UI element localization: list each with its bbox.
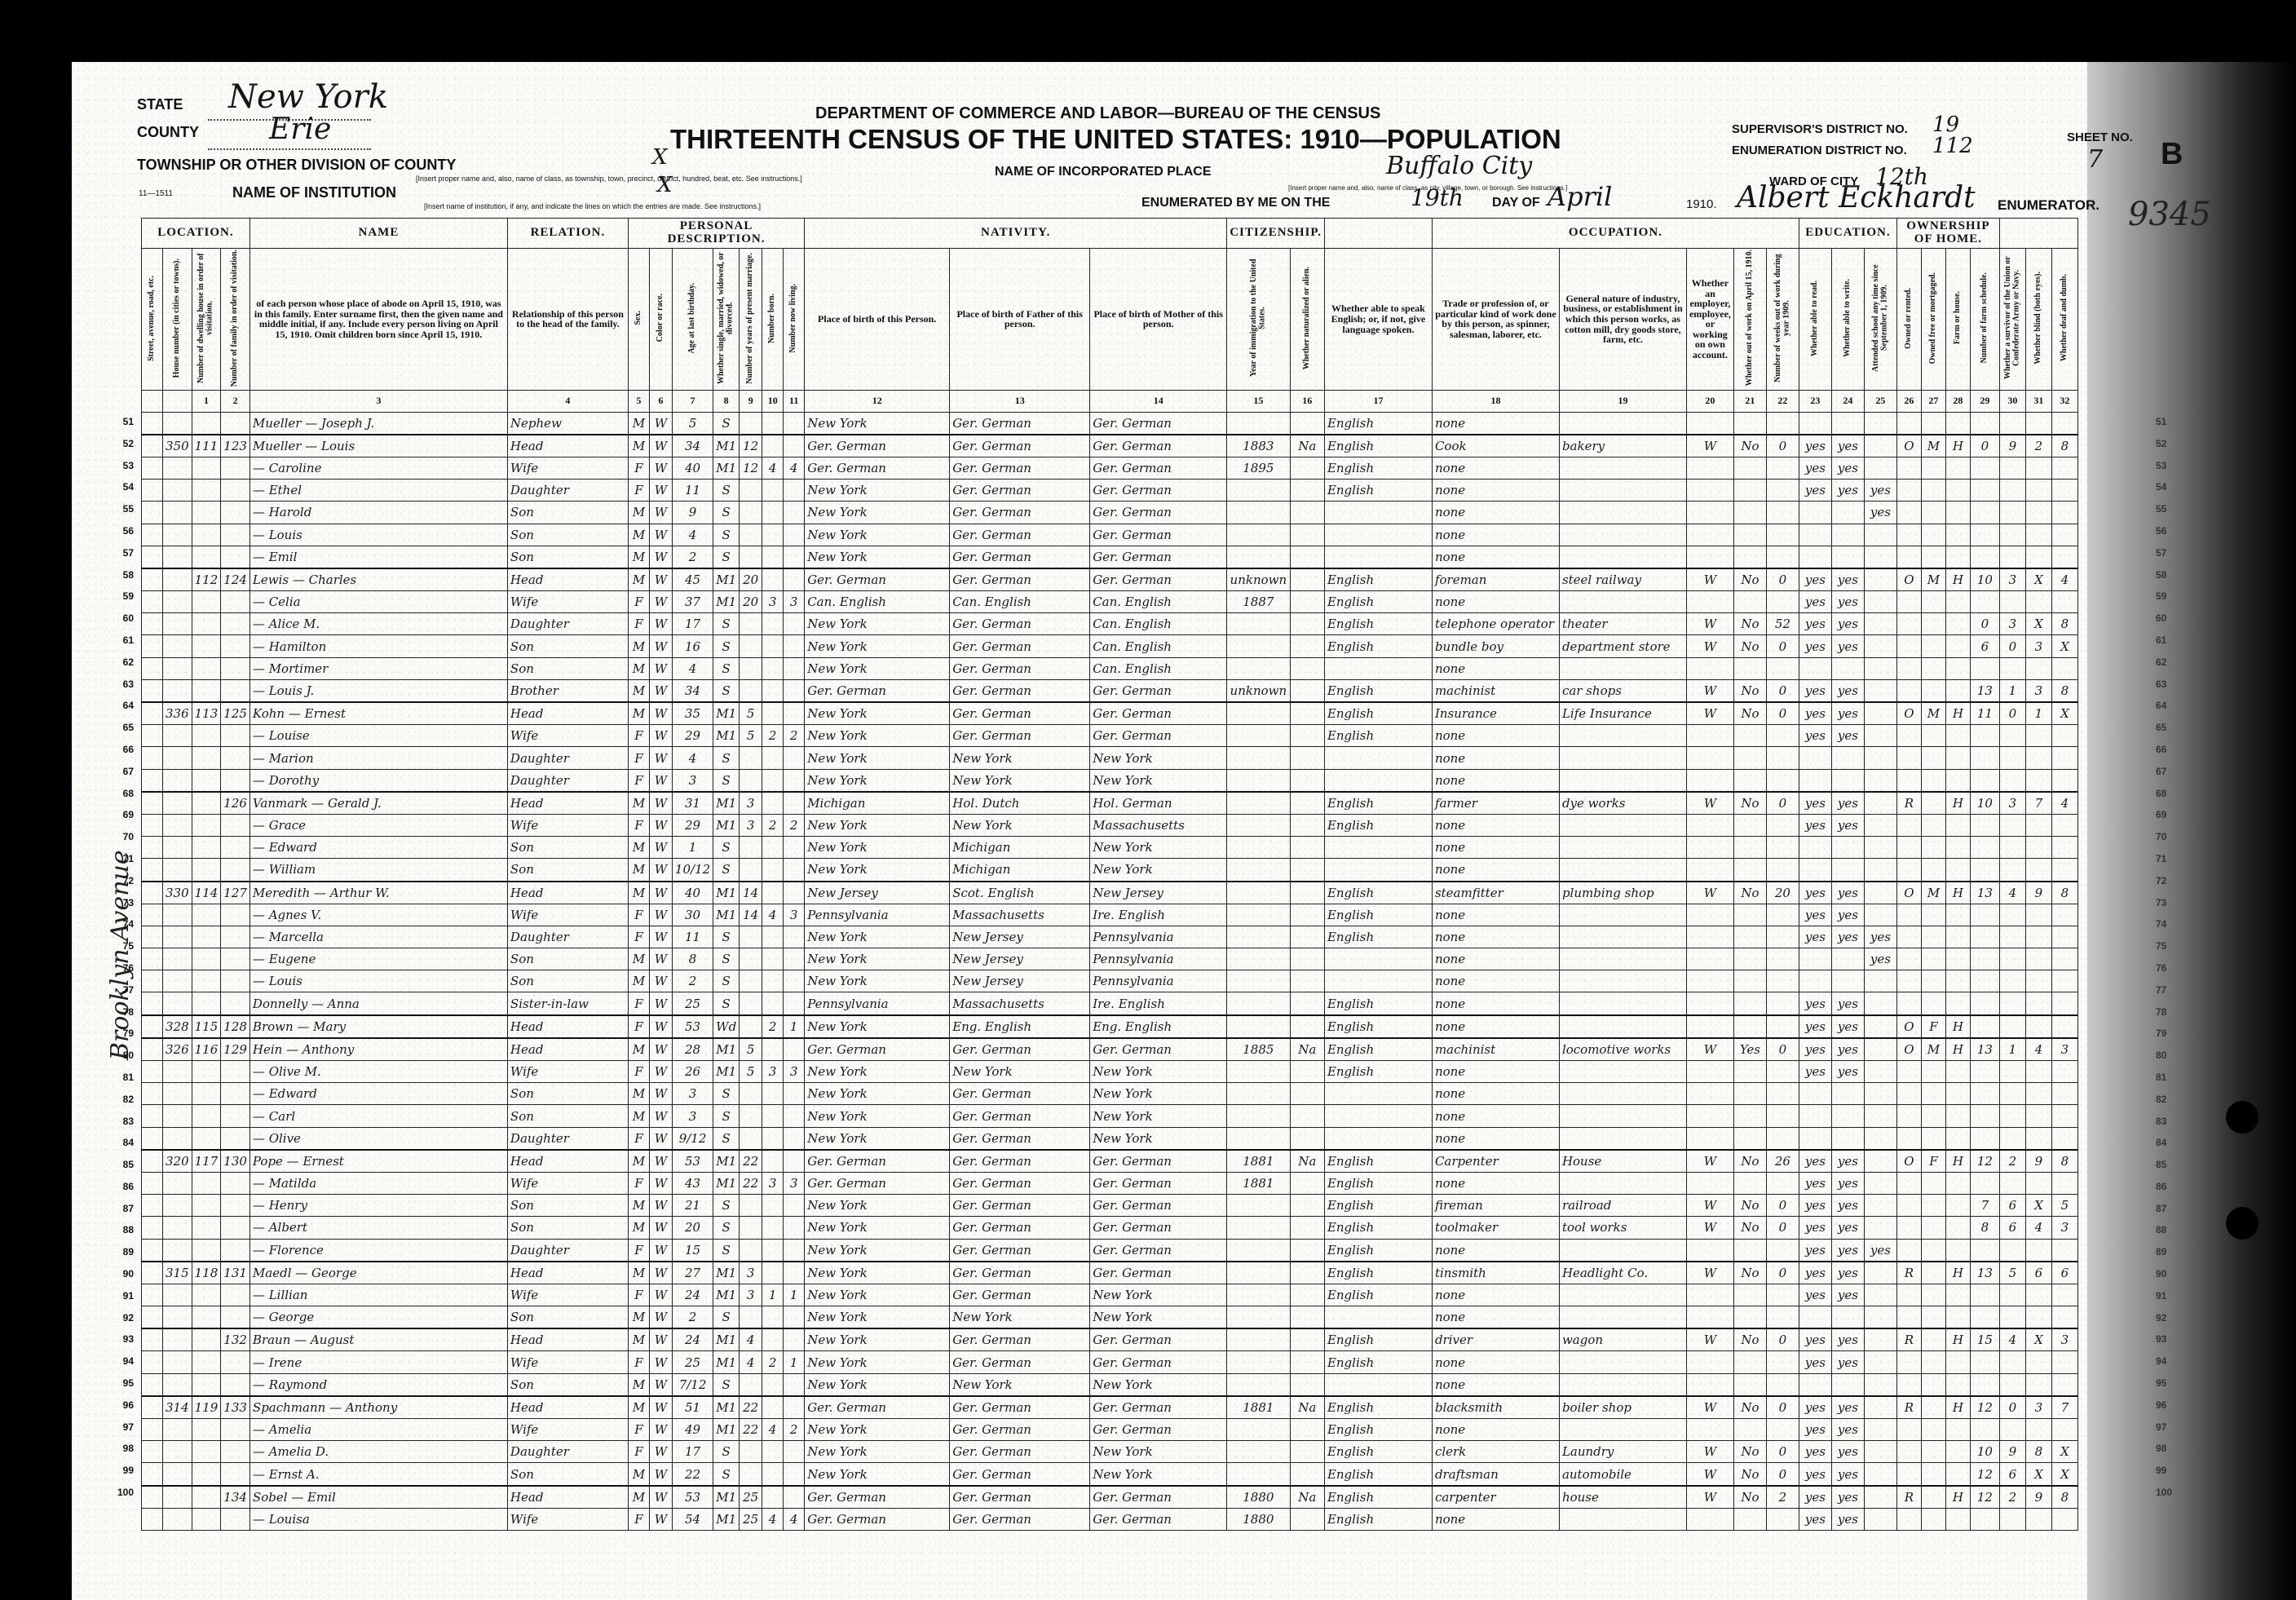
father-birthplace-cell: Ger. German	[950, 1396, 1090, 1419]
age-cell: 30	[672, 904, 713, 926]
mother-birthplace-cell: Ger. German	[1090, 1396, 1227, 1419]
marital-cell: S	[713, 948, 740, 970]
school-cell	[1864, 1015, 1896, 1038]
veteran-cell: 6	[1999, 1217, 2025, 1239]
out-of-work-cell: No	[1733, 1150, 1766, 1173]
incorporated-place-value: Buffalo City	[1386, 152, 1532, 180]
line-number: 69	[2156, 809, 2188, 831]
marital-cell: M1	[713, 882, 740, 904]
sex-cell: M	[628, 882, 649, 904]
birthplace-cell: Pennsylvania	[805, 992, 950, 1015]
blind-cell: 3	[2025, 635, 2051, 657]
enumerator-label: ENUMERATOR.	[1998, 197, 2100, 214]
school-cell	[1864, 435, 1896, 457]
house-number-cell	[163, 792, 192, 815]
farm-house-cell	[1945, 412, 1970, 435]
employer-cell: W	[1686, 882, 1733, 904]
industry-cell	[1559, 1015, 1686, 1038]
birthplace-cell: New York	[805, 1061, 950, 1083]
marital-cell: M1	[713, 591, 740, 613]
veteran-cell	[1999, 457, 2025, 479]
farm-schedule-cell	[1970, 1508, 1999, 1530]
read-cell: yes	[1799, 725, 1831, 747]
father-birthplace-cell: Ger. German	[950, 1351, 1090, 1373]
birthplace-cell: New York	[805, 613, 950, 635]
free-mortgaged-cell	[1921, 1306, 1945, 1329]
father-birthplace-cell: Ger. German	[950, 725, 1090, 747]
father-birthplace-cell: Ger. German	[950, 546, 1090, 568]
veteran-cell: 2	[1999, 1486, 2025, 1509]
deaf-cell: X	[2051, 702, 2077, 725]
birthplace-cell: New York	[805, 837, 950, 859]
dwelling-number-cell	[192, 792, 221, 815]
owned-rented-cell	[1896, 1172, 1921, 1194]
line-number: 52	[2156, 438, 2188, 460]
read-cell: yes	[1799, 1508, 1831, 1530]
relation-cell: Son	[507, 948, 628, 970]
relation-cell: Son	[507, 502, 628, 524]
weeks-out-cell: 0	[1766, 679, 1799, 702]
enumerated-label: ENUMERATED BY ME ON THE	[1141, 196, 1330, 210]
blind-cell	[2025, 992, 2051, 1015]
person-name-cell: — Emil	[249, 546, 507, 568]
weeks-out-cell	[1766, 859, 1799, 882]
weeks-out-cell	[1766, 904, 1799, 926]
trade-cell: none	[1432, 837, 1559, 859]
street-cell	[142, 948, 163, 970]
age-cell: 27	[672, 1262, 713, 1284]
birthplace-cell: New York	[805, 1373, 950, 1396]
race-cell: W	[649, 568, 672, 591]
race-cell: W	[649, 1038, 672, 1061]
line-number: 75	[104, 940, 134, 962]
farm-house-cell	[1945, 1195, 1970, 1217]
employer-cell	[1686, 1284, 1733, 1306]
farm-schedule-cell	[1970, 1172, 1999, 1194]
blind-cell: X	[2025, 613, 2051, 635]
state-label: STATE	[137, 96, 183, 113]
naturalized-cell	[1290, 769, 1324, 792]
immigration-year-cell	[1227, 635, 1290, 657]
blind-cell	[2025, 1508, 2051, 1530]
veteran-cell	[1999, 1373, 2025, 1396]
age-cell: 4	[672, 657, 713, 679]
farm-house-cell: H	[1945, 435, 1970, 457]
birthplace-cell: New York	[805, 859, 950, 882]
veteran-cell: 9	[1999, 435, 2025, 457]
birthplace-cell: New York	[805, 1441, 950, 1463]
trade-cell: draftsman	[1432, 1463, 1559, 1486]
sex-cell: F	[628, 1351, 649, 1373]
birthplace-cell: New York	[805, 948, 950, 970]
free-mortgaged-cell	[1921, 792, 1945, 815]
english-cell: English	[1324, 904, 1432, 926]
industry-cell	[1559, 546, 1686, 568]
weeks-out-cell: 26	[1766, 1150, 1799, 1173]
naturalized-cell	[1290, 1328, 1324, 1351]
naturalized-cell	[1290, 1306, 1324, 1329]
line-number: 73	[104, 897, 134, 919]
owned-rented-cell	[1896, 747, 1921, 769]
table-row: — CarolineWifeFW40M11244Ger. GermanGer. …	[142, 457, 2078, 479]
employer-cell	[1686, 524, 1733, 546]
sex-cell: M	[628, 657, 649, 679]
dwelling-number-cell: 118	[192, 1262, 221, 1284]
weeks-out-cell	[1766, 591, 1799, 613]
trade-cell: none	[1432, 1015, 1559, 1038]
col-owned-rented: Owned or rented.	[1896, 249, 1921, 391]
school-cell: yes	[1864, 948, 1896, 970]
col-write: Whether able to write.	[1831, 249, 1864, 391]
table-row: — EdwardSonMW3SNew YorkGer. GermanNew Yo…	[142, 1083, 2078, 1105]
relation-cell: Daughter	[507, 747, 628, 769]
free-mortgaged-cell	[1921, 480, 1945, 502]
read-cell: yes	[1799, 1351, 1831, 1373]
scan-edge-shadow	[2087, 62, 2296, 1600]
person-name-cell: — Amelia D.	[249, 1441, 507, 1463]
children-born-cell	[762, 1217, 784, 1239]
line-number: 82	[2156, 1094, 2188, 1116]
read-cell: yes	[1799, 435, 1831, 457]
farm-house-cell: H	[1945, 1015, 1970, 1038]
group-education: EDUCATION.	[1799, 219, 1896, 249]
family-number-cell	[221, 457, 250, 479]
house-number-cell	[163, 1195, 192, 1217]
age-cell: 40	[672, 457, 713, 479]
immigration-year-cell	[1227, 948, 1290, 970]
mother-birthplace-cell: Massachusetts	[1090, 814, 1227, 836]
english-cell	[1324, 1373, 1432, 1396]
out-of-work-cell	[1733, 1127, 1766, 1150]
blind-cell: X	[2025, 1463, 2051, 1486]
school-cell	[1864, 457, 1896, 479]
employer-cell	[1686, 591, 1733, 613]
weeks-out-cell: 0	[1766, 568, 1799, 591]
children-living-cell	[784, 1262, 805, 1284]
group-name: NAME	[249, 219, 507, 249]
father-birthplace-cell: Ger. German	[950, 1262, 1090, 1284]
race-cell: W	[649, 747, 672, 769]
race-cell: W	[649, 1486, 672, 1509]
house-number-cell	[163, 1508, 192, 1530]
free-mortgaged-cell	[1921, 1463, 1945, 1486]
col-immigration-year: Year of immigration to the United States…	[1227, 249, 1290, 391]
industry-cell: locomotive works	[1559, 1038, 1686, 1061]
column-number: 12	[805, 390, 950, 412]
father-birthplace-cell: Ger. German	[950, 412, 1090, 435]
naturalized-cell	[1290, 1015, 1324, 1038]
line-number: 96	[104, 1399, 134, 1421]
english-cell	[1324, 657, 1432, 679]
immigration-year-cell: unknown	[1227, 679, 1290, 702]
sex-cell: M	[628, 1306, 649, 1329]
table-row: — EthelDaughterFW11SNew YorkGer. GermanG…	[142, 480, 2078, 502]
naturalized-cell	[1290, 1463, 1324, 1486]
children-living-cell	[784, 859, 805, 882]
birthplace-cell: New York	[805, 725, 950, 747]
race-cell: W	[649, 948, 672, 970]
children-living-cell: 3	[784, 1172, 805, 1194]
free-mortgaged-cell	[1921, 859, 1945, 882]
race-cell: W	[649, 1105, 672, 1127]
free-mortgaged-cell	[1921, 524, 1945, 546]
free-mortgaged-cell	[1921, 1508, 1945, 1530]
line-number: 73	[2156, 897, 2188, 919]
read-cell: yes	[1799, 1061, 1831, 1083]
owned-rented-cell	[1896, 502, 1921, 524]
deaf-cell	[2051, 1306, 2077, 1329]
industry-cell: plumbing shop	[1559, 882, 1686, 904]
farm-schedule-cell	[1970, 546, 1999, 568]
line-number: 60	[2156, 612, 2188, 634]
race-cell: W	[649, 435, 672, 457]
out-of-work-cell	[1733, 1284, 1766, 1306]
street-cell	[142, 837, 163, 859]
trade-cell: none	[1432, 1172, 1559, 1194]
column-number: 7	[672, 390, 713, 412]
relation-cell: Wife	[507, 1061, 628, 1083]
line-number: 92	[2156, 1312, 2188, 1334]
industry-cell	[1559, 1306, 1686, 1329]
farm-schedule-cell: 10	[1970, 1441, 1999, 1463]
read-cell	[1799, 657, 1831, 679]
person-name-cell: — Albert	[249, 1217, 507, 1239]
father-birthplace-cell: Ger. German	[950, 613, 1090, 635]
read-cell	[1799, 970, 1831, 992]
naturalized-cell	[1290, 679, 1324, 702]
english-cell: English	[1324, 992, 1432, 1015]
col-children-born: Number born.	[762, 249, 784, 391]
deaf-cell: X	[2051, 635, 2077, 657]
table-row: — CarlSonMW3SNew YorkGer. GermanNew York…	[142, 1105, 2078, 1127]
col-race: Color or race.	[649, 249, 672, 391]
line-number: 94	[2156, 1355, 2188, 1377]
house-number-cell	[163, 926, 192, 948]
write-cell	[1831, 970, 1864, 992]
out-of-work-cell: No	[1733, 435, 1766, 457]
col-dwelling: Number of dwelling house in order of vis…	[192, 249, 221, 391]
children-born-cell: 1	[762, 1284, 784, 1306]
owned-rented-cell	[1896, 1419, 1921, 1441]
table-row: — AmeliaWifeFW49M12242New YorkGer. Germa…	[142, 1419, 2078, 1441]
read-cell	[1799, 859, 1831, 882]
ward-label: WARD OF CITY	[1769, 175, 1858, 188]
free-mortgaged-cell: M	[1921, 882, 1945, 904]
industry-cell	[1559, 1127, 1686, 1150]
column-number: 32	[2051, 390, 2077, 412]
immigration-year-cell	[1227, 1284, 1290, 1306]
line-number: 58	[2156, 569, 2188, 591]
family-number-cell	[221, 970, 250, 992]
trade-cell: fireman	[1432, 1195, 1559, 1217]
free-mortgaged-cell	[1921, 1105, 1945, 1127]
mother-birthplace-cell: Ger. German	[1090, 1419, 1227, 1441]
relation-cell: Son	[507, 1105, 628, 1127]
person-name-cell: Sobel — Emil	[249, 1486, 507, 1509]
veteran-cell	[1999, 412, 2025, 435]
free-mortgaged-cell	[1921, 412, 1945, 435]
deaf-cell	[2051, 725, 2077, 747]
sex-cell: M	[628, 1396, 649, 1419]
naturalized-cell	[1290, 792, 1324, 815]
farm-schedule-cell	[1970, 769, 1999, 792]
family-number-cell: 124	[221, 568, 250, 591]
birthplace-cell: New York	[805, 1083, 950, 1105]
line-number: 61	[104, 634, 134, 656]
deaf-cell	[2051, 1172, 2077, 1194]
naturalized-cell: Na	[1290, 1396, 1324, 1419]
farm-house-cell	[1945, 546, 1970, 568]
family-number-cell	[221, 1195, 250, 1217]
immigration-year-cell	[1227, 1195, 1290, 1217]
marital-cell: S	[713, 1217, 740, 1239]
naturalized-cell	[1290, 1127, 1324, 1150]
industry-cell: dye works	[1559, 792, 1686, 815]
street-cell	[142, 1441, 163, 1463]
out-of-work-cell: No	[1733, 679, 1766, 702]
street-cell	[142, 1419, 163, 1441]
col-street: Street, avenue, road, etc.	[142, 249, 163, 391]
marital-cell: M1	[713, 568, 740, 591]
write-cell: yes	[1831, 1239, 1864, 1262]
col-blind: Whether blind (both eyes).	[2025, 249, 2051, 391]
naturalized-cell	[1290, 814, 1324, 836]
blind-cell	[2025, 1015, 2051, 1038]
person-name-cell: Donnelly — Anna	[249, 992, 507, 1015]
line-numbers-right: 5152535455565758596061626364656667686970…	[2156, 416, 2188, 1509]
immigration-year-cell	[1227, 792, 1290, 815]
owned-rented-cell	[1896, 970, 1921, 992]
age-cell: 25	[672, 992, 713, 1015]
english-cell: English	[1324, 435, 1432, 457]
out-of-work-cell: No	[1733, 702, 1766, 725]
family-number-cell: 128	[221, 1015, 250, 1038]
street-cell	[142, 970, 163, 992]
age-cell: 3	[672, 1105, 713, 1127]
farm-house-cell	[1945, 1508, 1970, 1530]
farm-schedule-cell	[1970, 1105, 1999, 1127]
farm-schedule-cell: 13	[1970, 1262, 1999, 1284]
veteran-cell	[1999, 502, 2025, 524]
person-name-cell: — Marion	[249, 747, 507, 769]
read-cell: yes	[1799, 1038, 1831, 1061]
school-cell	[1864, 747, 1896, 769]
naturalized-cell: Na	[1290, 1038, 1324, 1061]
mother-birthplace-cell: Ger. German	[1090, 702, 1227, 725]
school-cell	[1864, 679, 1896, 702]
birthplace-cell: Ger. German	[805, 679, 950, 702]
farm-schedule-cell	[1970, 859, 1999, 882]
immigration-year-cell	[1227, 702, 1290, 725]
race-cell: W	[649, 546, 672, 568]
veteran-cell	[1999, 480, 2025, 502]
years-married-cell: 22	[740, 1150, 762, 1173]
weeks-out-cell: 0	[1766, 1463, 1799, 1486]
trade-cell: none	[1432, 948, 1559, 970]
relation-cell: Daughter	[507, 769, 628, 792]
father-birthplace-cell: Massachusetts	[950, 992, 1090, 1015]
write-cell	[1831, 657, 1864, 679]
veteran-cell	[1999, 1351, 2025, 1373]
father-birthplace-cell: Ger. German	[950, 657, 1090, 679]
farm-schedule-cell	[1970, 1306, 1999, 1329]
father-birthplace-cell: Massachusetts	[950, 904, 1090, 926]
family-number-cell	[221, 679, 250, 702]
trade-cell: none	[1432, 591, 1559, 613]
english-cell	[1324, 970, 1432, 992]
mother-birthplace-cell: Ger. German	[1090, 412, 1227, 435]
line-number: 56	[104, 525, 134, 547]
column-number: 14	[1090, 390, 1227, 412]
read-cell: yes	[1799, 1396, 1831, 1419]
age-cell: 35	[672, 702, 713, 725]
person-name-cell: Meredith — Arthur W.	[249, 882, 507, 904]
state-value: New York	[228, 78, 388, 116]
sex-cell: F	[628, 613, 649, 635]
age-cell: 1	[672, 837, 713, 859]
marital-cell: M1	[713, 725, 740, 747]
col-out-of-work: Whether out of work on April 15, 1910.	[1733, 249, 1766, 391]
children-living-cell	[784, 657, 805, 679]
free-mortgaged-cell	[1921, 1419, 1945, 1441]
school-cell	[1864, 1127, 1896, 1150]
children-living-cell	[784, 502, 805, 524]
weeks-out-cell	[1766, 1105, 1799, 1127]
line-number: 71	[2156, 853, 2188, 875]
street-cell	[142, 524, 163, 546]
race-cell: W	[649, 1150, 672, 1173]
person-name-cell: Hein — Anthony	[249, 1038, 507, 1061]
children-living-cell	[784, 837, 805, 859]
employer-cell	[1686, 480, 1733, 502]
line-number: 80	[104, 1050, 134, 1072]
read-cell: yes	[1799, 1486, 1831, 1509]
children-living-cell: 3	[784, 591, 805, 613]
veteran-cell: 4	[1999, 1328, 2025, 1351]
industry-cell	[1559, 1239, 1686, 1262]
father-birthplace-cell: Ger. German	[950, 1127, 1090, 1150]
dwelling-number-cell	[192, 769, 221, 792]
line-number: 98	[2156, 1443, 2188, 1465]
owned-rented-cell	[1896, 1463, 1921, 1486]
trade-cell: none	[1432, 412, 1559, 435]
house-number-cell	[163, 480, 192, 502]
marital-cell: S	[713, 1127, 740, 1150]
mother-birthplace-cell: Ger. German	[1090, 546, 1227, 568]
owned-rented-cell	[1896, 1284, 1921, 1306]
relation-cell: Brother	[507, 679, 628, 702]
col-employer: Whether an employer, employee, or workin…	[1686, 249, 1733, 391]
deaf-cell	[2051, 1351, 2077, 1373]
race-cell: W	[649, 837, 672, 859]
children-born-cell	[762, 1150, 784, 1173]
farm-schedule-cell: 15	[1970, 1328, 1999, 1351]
table-row: — MarionDaughterFW4SNew YorkNew YorkNew …	[142, 747, 2078, 769]
mother-birthplace-cell: New York	[1090, 1083, 1227, 1105]
house-number-cell	[163, 992, 192, 1015]
children-living-cell	[784, 792, 805, 815]
veteran-cell	[1999, 904, 2025, 926]
owned-rented-cell	[1896, 524, 1921, 546]
naturalized-cell	[1290, 613, 1324, 635]
table-row: — Amelia D.DaughterFW17SNew YorkGer. Ger…	[142, 1441, 2078, 1463]
children-born-cell	[762, 747, 784, 769]
father-birthplace-cell: Ger. German	[950, 1284, 1090, 1306]
line-number: 87	[2156, 1203, 2188, 1225]
free-mortgaged-cell: F	[1921, 1150, 1945, 1173]
house-number-cell	[163, 502, 192, 524]
blind-cell: 3	[2025, 679, 2051, 702]
